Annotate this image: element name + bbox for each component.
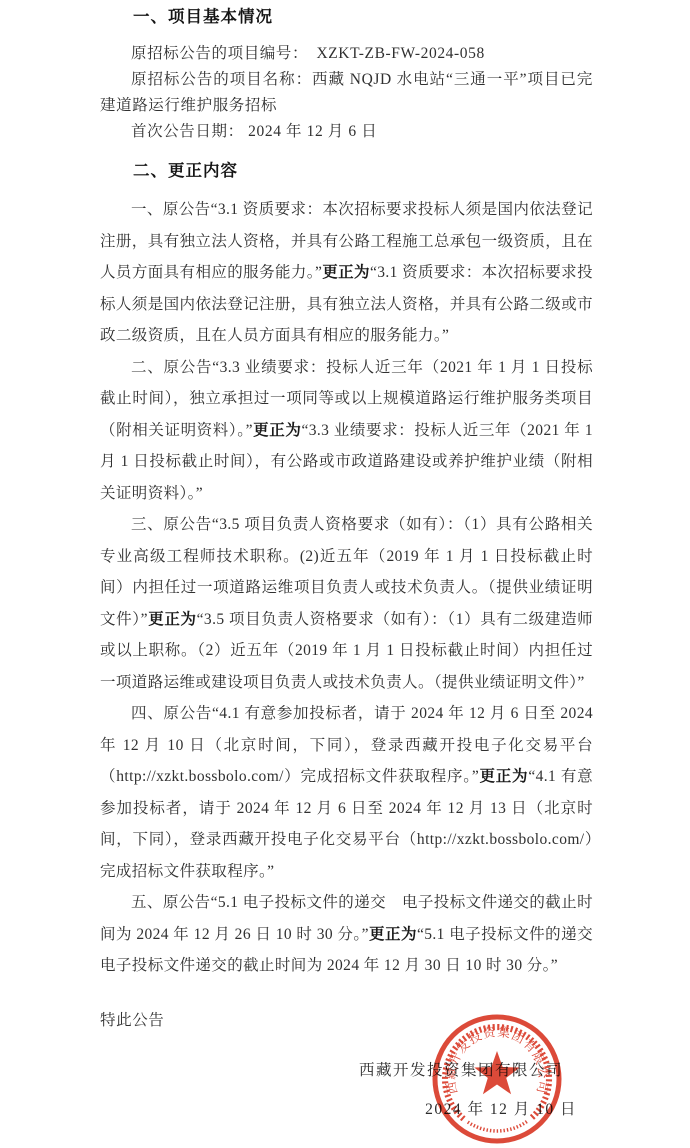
section-heading-basic-info: 一、项目基本情况 bbox=[100, 6, 593, 28]
correction-paragraph-1: 一、原公告“3.1 资质要求：本次招标要求投标人须是国内依法登记注册，具有独立法… bbox=[100, 194, 593, 352]
issuer-company-name: 西藏开发投资集团有限公司 bbox=[359, 1058, 563, 1080]
stamp-serial-arc bbox=[467, 1122, 527, 1131]
correction-paragraph-3: 三、原公告“3.5 项目负责人资格要求（如有）：（1）具有公路相关专业高级工程师… bbox=[100, 509, 593, 698]
document-page: 一、项目基本情况 原招标公告的项目编号： XZKT-ZB-FW-2024-058… bbox=[0, 0, 690, 1148]
closing-statement: 特此公告 bbox=[100, 1008, 593, 1030]
basic-info-block: 原招标公告的项目编号： XZKT-ZB-FW-2024-058 原招标公告的项目… bbox=[100, 41, 593, 145]
project-number-line: 原招标公告的项目编号： XZKT-ZB-FW-2024-058 bbox=[100, 41, 593, 67]
correction-paragraph-2: 二、原公告“3.3 业绩要求：投标人近三年（2021 年 1 月 1 日投标截止… bbox=[100, 352, 593, 510]
signature-block: 西藏开发投资集团有限公司 2024 年 12 月 10 日 bbox=[359, 1058, 577, 1119]
document-body: 一、项目基本情况 原招标公告的项目编号： XZKT-ZB-FW-2024-058… bbox=[100, 6, 593, 1045]
project-name-line: 原招标公告的项目名称：西藏 NQJD 水电站“三通一平”项目已完建道路运行维护服… bbox=[100, 67, 593, 119]
correction-paragraph-4: 四、原公告“4.1 有意参加投标者，请于 2024 年 12 月 6 日至 20… bbox=[100, 698, 593, 887]
first-announcement-date-line: 首次公告日期： 2024 年 12 月 6 日 bbox=[100, 119, 593, 145]
correction-paragraph-5: 五、原公告“5.1 电子投标文件的递交 电子投标文件递交的截止时间为 2024 … bbox=[100, 887, 593, 982]
section-heading-corrections: 二、更正内容 bbox=[100, 160, 593, 182]
issue-date: 2024 年 12 月 10 日 bbox=[359, 1097, 577, 1119]
correction-paragraphs: 一、原公告“3.1 资质要求：本次招标要求投标人须是国内依法登记注册，具有独立法… bbox=[100, 194, 593, 982]
